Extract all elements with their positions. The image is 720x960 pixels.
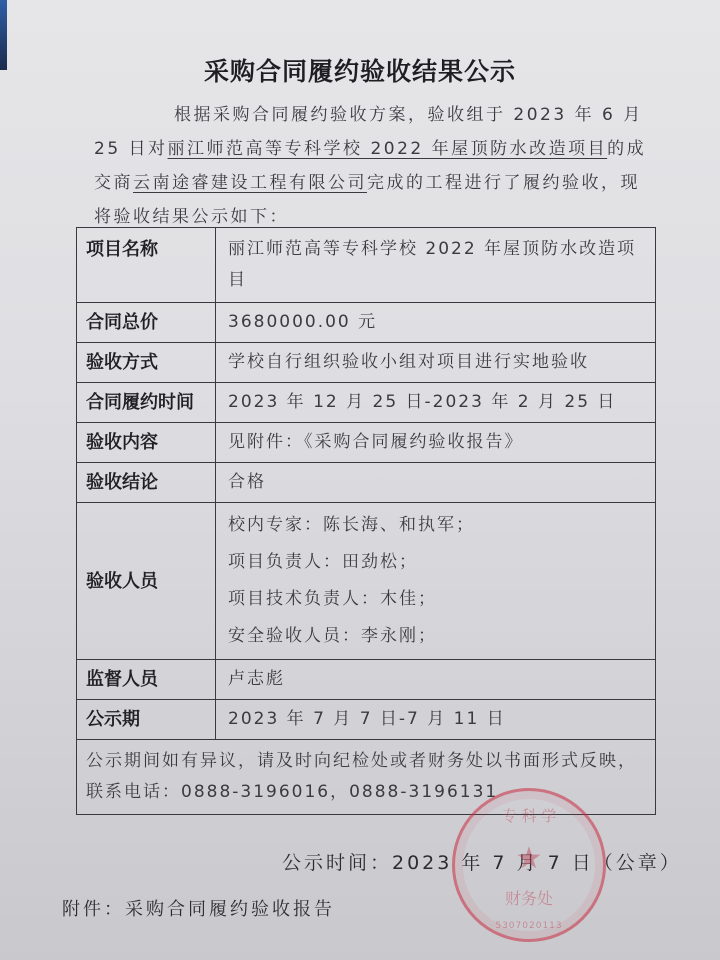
table-row: 合同总价 3680000.00 元 (77, 303, 656, 343)
table-row: 公示期 2023 年 7 月 7 日-7 月 11 日 (77, 700, 656, 740)
row-label: 项目名称 (77, 228, 216, 303)
row-label: 合同履约时间 (77, 383, 216, 423)
row-label: 验收人员 (77, 503, 216, 660)
table-row: 项目名称 丽江师范高等专科学校 2022 年屋顶防水改造项目 (77, 228, 656, 303)
seal-top-text: 专 科 学 (455, 805, 603, 826)
staff-line: 项目负责人：田劲松； (228, 544, 646, 581)
intro-project-name: 丽江师范高等专科学校 2022 年屋顶防水改造项目 (168, 139, 608, 159)
row-label: 监督人员 (77, 660, 216, 700)
row-value: 合格 (216, 463, 656, 503)
table-row: 验收内容 见附件：《采购合同履约验收报告》 (77, 423, 656, 463)
staff-line: 校内专家：陈长海、和执军； (228, 507, 646, 544)
row-value: 2023 年 7 月 7 日-7 月 11 日 (216, 700, 656, 740)
row-label: 验收方式 (77, 343, 216, 383)
row-value: 卢志彪 (216, 660, 656, 700)
table-row: 验收方式 学校自行组织验收小组对项目进行实地验收 (77, 343, 656, 383)
row-label: 验收结论 (77, 463, 216, 503)
table-row-staff: 验收人员 校内专家：陈长海、和执军； 项目负责人：田劲松； 项目技术负责人：木佳… (77, 503, 656, 660)
table-row: 监督人员 卢志彪 (77, 660, 656, 700)
staff-line: 安全验收人员：李永刚； (228, 618, 646, 655)
row-value: 3680000.00 元 (216, 303, 656, 343)
row-value: 见附件：《采购合同履约验收报告》 (216, 423, 656, 463)
official-seal-icon: 专 科 学 ★ 财务处 5307020113 (452, 788, 606, 942)
staff-line: 项目技术负责人：木佳； (228, 581, 646, 618)
document-title: 采购合同履约验收结果公示 (0, 52, 720, 88)
intro-vendor: 云南途睿建设工程有限公司 (133, 173, 367, 193)
row-label: 公示期 (77, 700, 216, 740)
row-value: 学校自行组织验收小组对项目进行实地验收 (216, 343, 656, 383)
table-row: 验收结论 合格 (77, 463, 656, 503)
result-table: 项目名称 丽江师范高等专科学校 2022 年屋顶防水改造项目 合同总价 3680… (76, 227, 656, 815)
seal-code: 5307020113 (455, 921, 603, 931)
table-row: 合同履约时间 2023 年 12 月 25 日-2023 年 2 月 25 日 (77, 383, 656, 423)
row-value: 丽江师范高等专科学校 2022 年屋顶防水改造项目 (216, 228, 656, 303)
row-value: 2023 年 12 月 25 日-2023 年 2 月 25 日 (216, 383, 656, 423)
intro-paragraph: 根据采购合同履约验收方案，验收组于 2023 年 6 月 25 日对丽江师范高等… (94, 98, 654, 234)
seal-star-icon: ★ (455, 841, 603, 876)
row-label: 验收内容 (77, 423, 216, 463)
attachment-note: 附件：采购合同履约验收报告 (62, 895, 335, 921)
staff-list: 校内专家：陈长海、和执军； 项目负责人：田劲松； 项目技术负责人：木佳； 安全验… (216, 503, 656, 660)
row-label: 合同总价 (77, 303, 216, 343)
seal-bottom-text: 财务处 (455, 886, 603, 909)
